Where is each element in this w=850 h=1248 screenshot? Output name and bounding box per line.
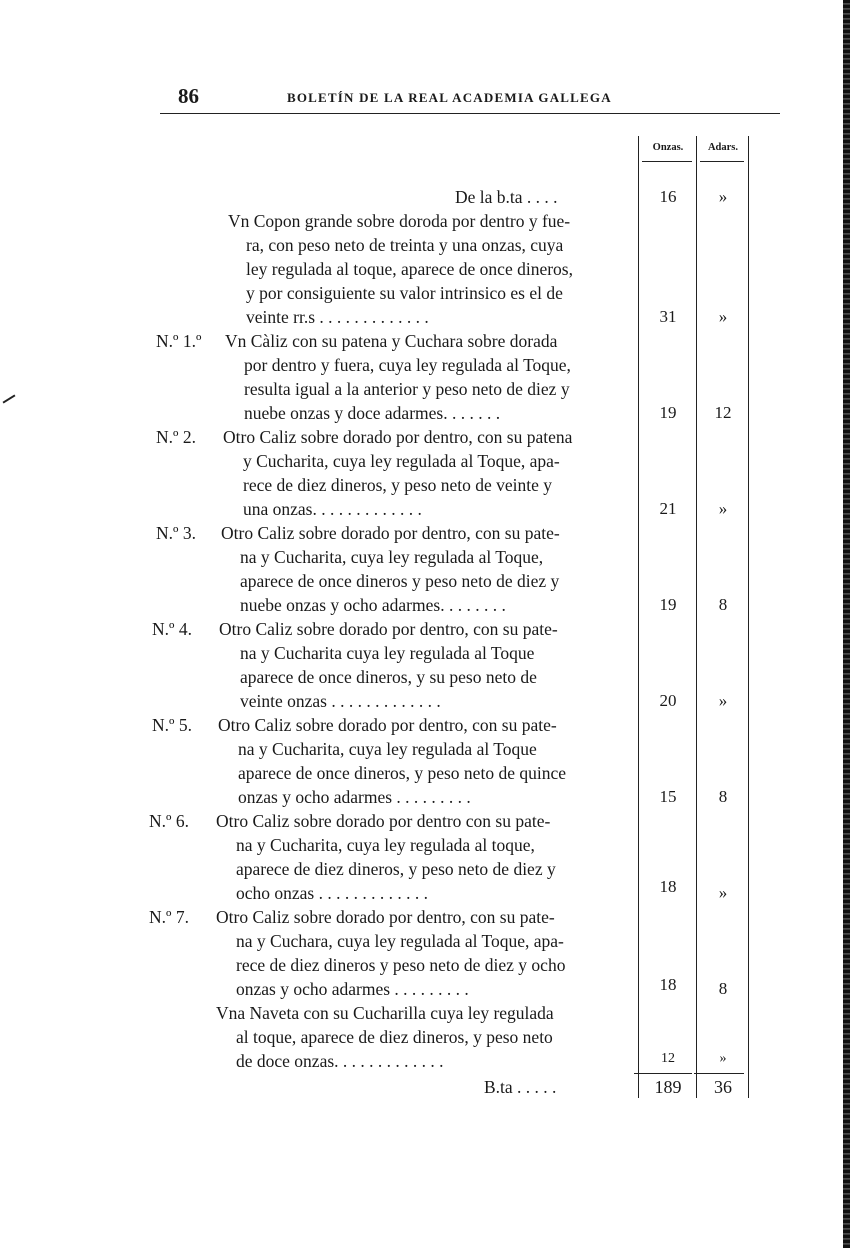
carry-forward-label: De la b.ta . . . . xyxy=(455,186,558,208)
entry-line: de doce onzas. . . . . . . . . . . . . xyxy=(236,1050,444,1072)
entry-line: onzas y ocho adarmes . . . . . . . . . xyxy=(238,786,471,808)
column-header-rule-adarmes xyxy=(700,161,744,162)
entry-onzas: 19 xyxy=(640,402,696,424)
entry-line: aparece de once dineros, y peso neto de … xyxy=(238,762,566,784)
entry-line: Otro Caliz sobre dorado por dentro, con … xyxy=(219,618,558,640)
entry-onzas: 31 xyxy=(640,306,696,328)
entry-line: Vn Copon grande sobre doroda por dentro … xyxy=(228,210,570,232)
entry-number: N.º 7. xyxy=(149,906,189,928)
entry-adarmes: » xyxy=(698,882,748,904)
entry-line: ley regulada al toque, aparece de once d… xyxy=(246,258,573,280)
column-header-rule-onzas xyxy=(642,161,692,162)
total-onzas: 189 xyxy=(640,1076,696,1098)
entry-adarmes: » xyxy=(698,498,748,520)
entry-line: y Cucharita, cuya ley regulada al Toque,… xyxy=(243,450,560,472)
entry-line: nuebe onzas y ocho adarmes. . . . . . . … xyxy=(240,594,506,616)
entry-line: na y Cucharita, cuya ley regulada al Toq… xyxy=(240,546,543,568)
entry-line: aparece de once dineros y peso neto de d… xyxy=(240,570,559,592)
entry-line: na y Cuchara, cuya ley regulada al Toque… xyxy=(236,930,564,952)
entry-line: Otro Caliz sobre dorado por dentro, con … xyxy=(218,714,557,736)
entry-line: onzas y ocho adarmes . . . . . . . . . xyxy=(236,978,469,1000)
entry-line: na y Cucharita, cuya ley regulada al Toq… xyxy=(238,738,537,760)
total-adarmes: 36 xyxy=(698,1076,748,1098)
column-rule-right xyxy=(748,136,749,1098)
entry-line: ra, con peso neto de treinta y una onzas… xyxy=(246,234,563,256)
entry-adarmes: » xyxy=(698,306,748,328)
entry-line: Vna Naveta con su Cucharilla cuya ley re… xyxy=(216,1002,554,1024)
entry-line: y por consiguiente su valor intrinsico e… xyxy=(246,282,563,304)
entry-line: Otro Caliz sobre dorado por dentro, con … xyxy=(221,522,560,544)
entry-adarmes: 12 xyxy=(698,402,748,424)
entry-line: na y Cucharita cuya ley regulada al Toqu… xyxy=(240,642,534,664)
entry-onzas: 18 xyxy=(640,876,696,898)
entry-adarmes: » xyxy=(698,1048,748,1070)
entry-line: al toque, aparece de diez dineros, y pes… xyxy=(236,1026,553,1048)
carry-forward-onzas: 16 xyxy=(640,186,696,208)
entry-number: N.º 1.º xyxy=(156,330,201,352)
entry-onzas: 20 xyxy=(640,690,696,712)
sum-rule-onzas xyxy=(634,1073,692,1074)
entry-number: N.º 2. xyxy=(156,426,196,448)
scan-edge-shadow xyxy=(843,0,850,1248)
entry-number: N.º 4. xyxy=(152,618,192,640)
entry-adarmes: » xyxy=(698,690,748,712)
entry-line: veinte rr.s . . . . . . . . . . . . . xyxy=(246,306,429,328)
entry-line: una onzas. . . . . . . . . . . . . xyxy=(243,498,422,520)
entry-line: rece de diez dineros, y peso neto de vei… xyxy=(243,474,552,496)
entry-adarmes: 8 xyxy=(698,594,748,616)
column-rule-left xyxy=(638,136,639,1098)
entry-onzas: 21 xyxy=(640,498,696,520)
entry-line: Otro Caliz sobre dorado por dentro, con … xyxy=(223,426,572,448)
entry-line: por dentro y fuera, cuya ley regulada al… xyxy=(244,354,571,376)
carry-forward-adarmes: » xyxy=(698,186,748,208)
entry-line: na y Cucharita, cuya ley regulada al toq… xyxy=(236,834,535,856)
entry-line: rece de diez dineros y peso neto de diez… xyxy=(236,954,565,976)
margin-pencil-mark xyxy=(3,394,16,403)
entry-onzas: 18 xyxy=(640,974,696,996)
column-header-onzas: Onzas. xyxy=(640,142,696,153)
entry-line: Vn Càliz con su patena y Cuchara sobre d… xyxy=(225,330,557,352)
entry-line: aparece de diez dineros, y peso neto de … xyxy=(236,858,556,880)
entry-line: nuebe onzas y doce adarmes. . . . . . . xyxy=(244,402,500,424)
entry-number: N.º 3. xyxy=(156,522,196,544)
entry-line: Otro Caliz sobre dorado por dentro, con … xyxy=(216,906,555,928)
header-rule xyxy=(160,113,780,114)
entry-onzas: 19 xyxy=(640,594,696,616)
entry-line: Otro Caliz sobre dorado por dentro con s… xyxy=(216,810,550,832)
entry-adarmes: 8 xyxy=(698,978,748,1000)
total-label: B.ta . . . . . xyxy=(484,1076,556,1098)
column-rule-middle xyxy=(696,136,697,1098)
sum-rule-adarmes xyxy=(694,1073,744,1074)
running-head: BOLETÍN DE LA REAL ACADEMIA GALLEGA xyxy=(287,90,612,106)
entry-line: resulta igual a la anterior y peso neto … xyxy=(244,378,570,400)
column-header-adarmes: Adars. xyxy=(698,142,748,153)
page-number: 86 xyxy=(178,84,199,109)
entry-adarmes: 8 xyxy=(698,786,748,808)
entry-number: N.º 5. xyxy=(152,714,192,736)
entry-onzas: 15 xyxy=(640,786,696,808)
entry-onzas: 12 xyxy=(640,1048,696,1070)
entry-line: aparece de once dineros, y su peso neto … xyxy=(240,666,537,688)
entry-line: ocho onzas . . . . . . . . . . . . . xyxy=(236,882,428,904)
entry-number: N.º 6. xyxy=(149,810,189,832)
entry-line: veinte onzas . . . . . . . . . . . . . xyxy=(240,690,441,712)
